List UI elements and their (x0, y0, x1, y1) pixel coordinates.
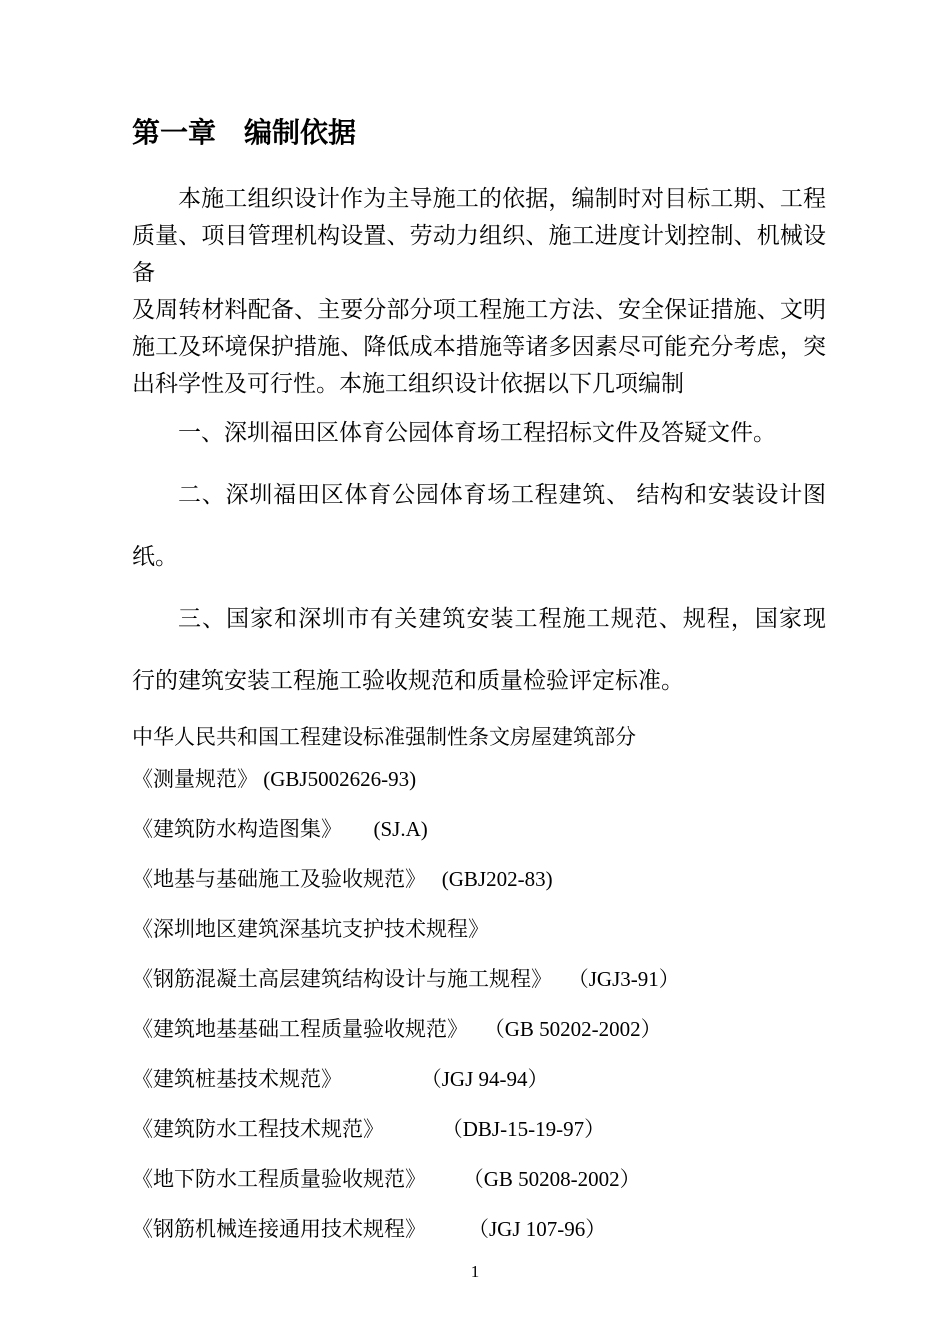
body-paragraph: 本施工组织设计作为主导施工的依据，编制时对目标工期、工程质量、项目管理机构设置、… (132, 180, 826, 402)
text-line: 《建筑防水构造图集》 (SJ.A) (132, 804, 826, 854)
text-line: 三、国家和深圳市有关建筑安装工程施工规范、规程，国家现 (132, 588, 826, 650)
text-line: 《建筑防水工程技术规范》 （DBJ-15-19-97） (132, 1104, 826, 1154)
text-line: 《地下防水工程质量验收规范》 （GB 50208-2002） (132, 1154, 826, 1204)
standard-reference: 《建筑防水构造图集》 (SJ.A) (132, 804, 826, 854)
numbered-item: 三、国家和深圳市有关建筑安装工程施工规范、规程，国家现行的建筑安装工程施工验收规… (132, 588, 826, 712)
text-line: 二、深圳福田区体育公园体育场工程建筑、 结构和安装设计图 (132, 464, 826, 526)
standard-reference: 《钢筋混凝土高层建筑结构设计与施工规程》 （JGJ3-91） (132, 954, 826, 1004)
text-line: 《地基与基础施工及验收规范》 (GBJ202-83) (132, 854, 826, 904)
chapter-heading: 第一章 编制依据 (132, 112, 826, 156)
page-number: 1 (471, 1262, 480, 1281)
standard-reference: 《钢筋机械连接通用技术规程》 （JGJ 107-96） (132, 1204, 826, 1254)
text-line: 出科学性及可行性。本施工组织设计依据以下几项编制 (132, 365, 826, 402)
text-line: 纸。 (132, 526, 826, 588)
document-content: 第一章 编制依据 本施工组织设计作为主导施工的依据，编制时对目标工期、工程质量、… (132, 112, 826, 1254)
text-line: 一、深圳福田区体育公园体育场工程招标文件及答疑文件。 (132, 402, 826, 464)
standard-reference: 《建筑防水工程技术规范》 （DBJ-15-19-97） (132, 1104, 826, 1154)
document-body: 本施工组织设计作为主导施工的依据，编制时对目标工期、工程质量、项目管理机构设置、… (132, 180, 826, 1254)
document-page: 第一章 编制依据 本施工组织设计作为主导施工的依据，编制时对目标工期、工程质量、… (0, 0, 950, 1344)
standard-reference: 《建筑地基基础工程质量验收规范》 （GB 50202-2002） (132, 1004, 826, 1054)
text-line: 本施工组织设计作为主导施工的依据，编制时对目标工期、工程 (132, 180, 826, 217)
standard-reference: 《深圳地区建筑深基坑支护技术规程》 (132, 904, 826, 954)
standard-reference: 《地基与基础施工及验收规范》 (GBJ202-83) (132, 854, 826, 904)
page-footer: 1 (0, 1260, 950, 1284)
text-line: 《建筑地基基础工程质量验收规范》 （GB 50202-2002） (132, 1004, 826, 1054)
text-line: 《钢筋机械连接通用技术规程》 （JGJ 107-96） (132, 1204, 826, 1254)
numbered-item: 一、深圳福田区体育公园体育场工程招标文件及答疑文件。 (132, 402, 826, 464)
text-line: 行的建筑安装工程施工验收规范和质量检验评定标准。 (132, 650, 826, 712)
text-line: 《建筑桩基技术规范》 （JGJ 94-94） (132, 1054, 826, 1104)
standard-reference: 《地下防水工程质量验收规范》 （GB 50208-2002） (132, 1154, 826, 1204)
text-line: 及周转材料配备、主要分部分项工程施工方法、安全保证措施、文明 (132, 291, 826, 328)
text-line: 质量、项目管理机构设置、劳动力组织、施工进度计划控制、机械设备 (132, 217, 826, 291)
text-line: 施工及环境保护措施、降低成本措施等诸多因素尽可能充分考虑，突 (132, 328, 826, 365)
standard-reference: 《建筑桩基技术规范》 （JGJ 94-94） (132, 1054, 826, 1104)
numbered-item: 二、深圳福田区体育公园体育场工程建筑、 结构和安装设计图纸。 (132, 464, 826, 588)
text-line: 《深圳地区建筑深基坑支护技术规程》 (132, 904, 826, 954)
text-line: 《钢筋混凝土高层建筑结构设计与施工规程》 （JGJ3-91） (132, 954, 826, 1004)
